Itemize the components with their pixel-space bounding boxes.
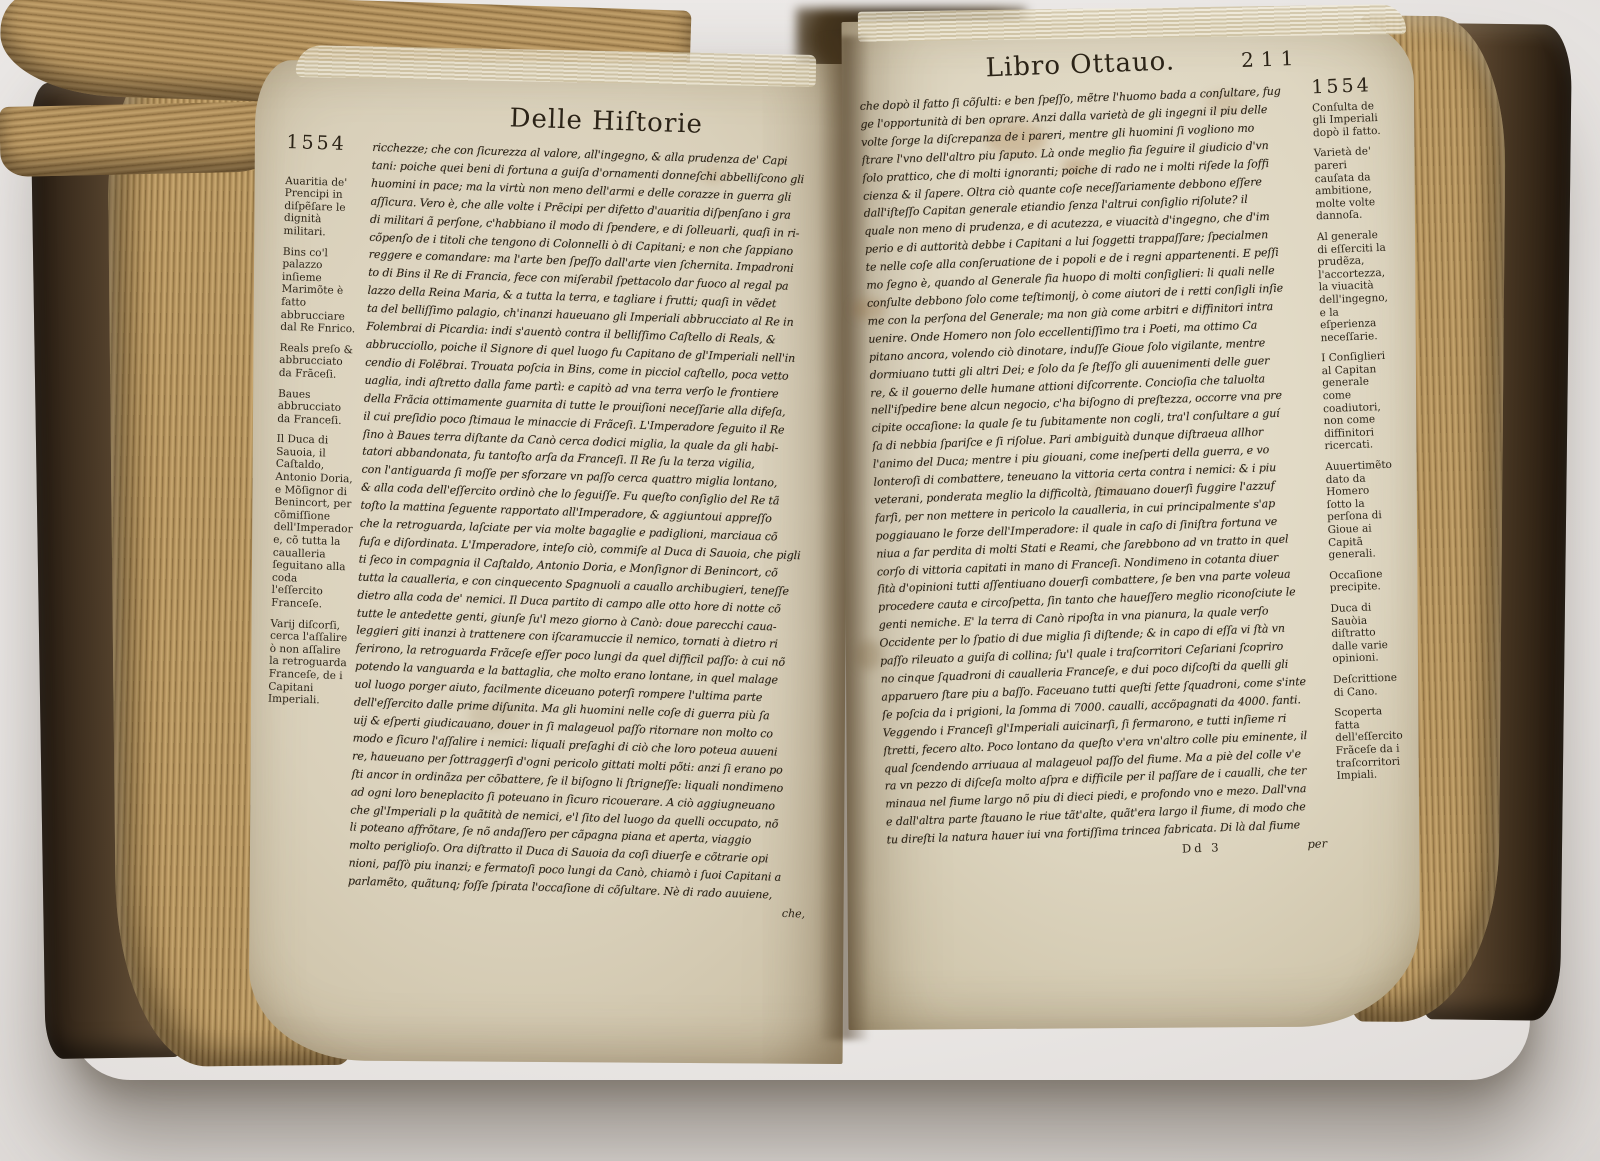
margin-note: Bins co'l palazzo inſieme Marimõte è fat… (280, 245, 362, 336)
margin-note: Duca di Sauòia diſtratto dalle varie opi… (1330, 600, 1402, 665)
right-page-content: Libro Ottauo. 211 che dopò il fatto ſi c… (858, 39, 1409, 867)
margin-note: Auaritia de' Prencipi in diſpẽſare le di… (283, 175, 364, 241)
right-page-columns: che dopò il fatto ſi cõſulti: e ben ſpeſ… (859, 79, 1408, 850)
margin-note: Il Duca di Sauoia, il Caſtaldo, Antonio … (271, 433, 356, 612)
bottom-right-page-edges (0, 101, 291, 177)
margin-note: Al generale di eſſerciti la prudẽza, l'a… (1317, 229, 1391, 345)
book-photo: Delle Hiſtorie 1554 Auaritia de' Prencip… (0, 0, 1600, 1161)
margin-note: Auuertimẽto dato da Homero ſotto la perſ… (1325, 459, 1399, 562)
left-page-columns: 1554 Auaritia de' Prencipi in diſpẽſare … (262, 136, 837, 906)
margin-note: Baues abbrucciato da Franceſi. (277, 387, 357, 427)
right-catchword: per (1307, 836, 1327, 851)
margin-note: I Conſiglieri al Capitan generale come c… (1321, 350, 1395, 453)
right-body-text: che dopò il fatto ſi cõſulti: e ben ſpeſ… (859, 82, 1330, 850)
margin-note: Deſcrittione di Cano. (1333, 671, 1404, 699)
margin-note: Scoperta fatta dell'eſſercito Frãceſe da… (1334, 705, 1407, 783)
margin-note: Occaſione precipite. (1329, 567, 1400, 595)
margin-note: Varietà de' pareri cauſata da ambitione,… (1314, 145, 1387, 223)
right-year-label: 1554 (1311, 79, 1381, 94)
left-page-content: Delle Hiſtorie 1554 Auaritia de' Prencip… (261, 96, 837, 921)
margin-note: Conſulta de gli Imperiali dopò il fatto. (1312, 99, 1383, 139)
left-body-text: ricchezze; che con ſicurezza al valore, … (348, 139, 837, 906)
left-year-label: 1554 (286, 136, 365, 151)
stain (856, 640, 882, 670)
gathering-signature: Dd 3 (1182, 840, 1222, 855)
margin-note: Reals preſo & abbrucciato da Frãceſi. (279, 342, 359, 382)
margin-note: Varij diſcorſi, cerca l'aſſalire ò non a… (268, 617, 350, 708)
page-number: 211 (1241, 46, 1301, 72)
right-running-header: Libro Ottauo. (985, 46, 1175, 83)
